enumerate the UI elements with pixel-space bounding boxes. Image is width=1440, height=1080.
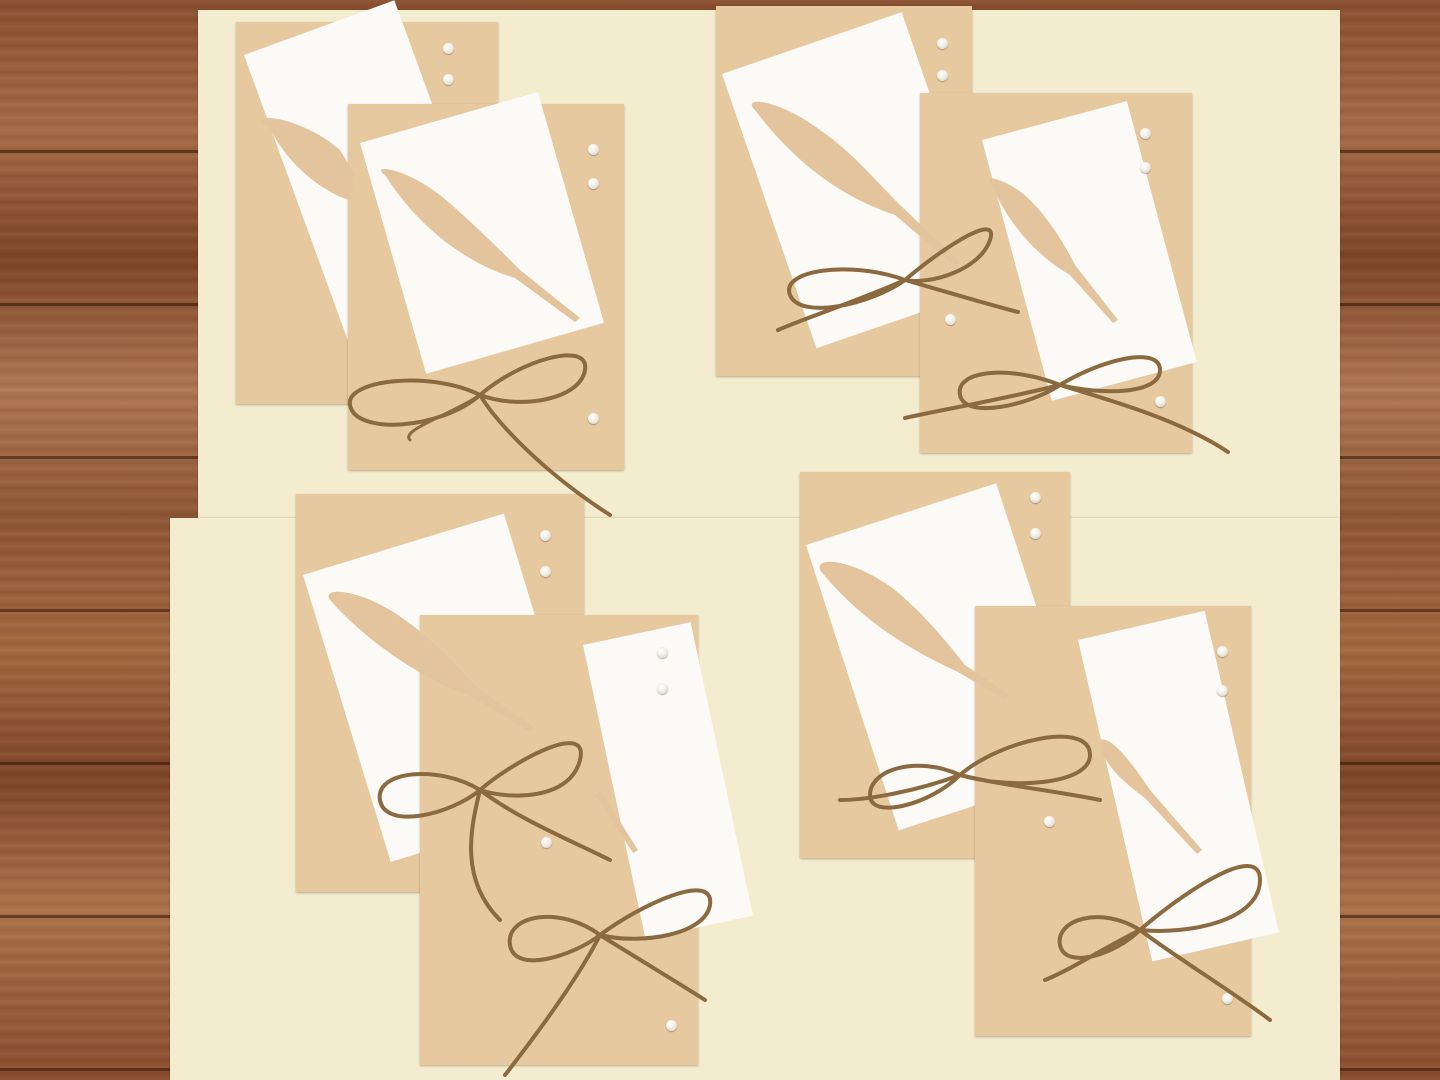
pearl-embellishment	[1217, 646, 1228, 657]
pearl-embellishment	[657, 647, 668, 658]
pearl-embellishment	[541, 837, 552, 848]
pearl-embellishment	[1222, 993, 1233, 1004]
pearl-embellishment	[666, 1020, 677, 1031]
pearl-embellishment	[1140, 128, 1151, 139]
pearl-embellishment	[945, 314, 956, 325]
pearl-embellishment	[540, 566, 551, 577]
pearl-embellishment	[588, 178, 599, 189]
pearl-embellishment	[1155, 396, 1166, 407]
pearl-embellishment	[937, 38, 948, 49]
pearl-embellishment	[1140, 162, 1151, 173]
pearl-embellishment	[1030, 492, 1041, 503]
pearl-embellishment	[443, 43, 454, 54]
pearl-embellishment	[1044, 816, 1055, 827]
photo-scene	[0, 0, 1440, 1080]
pearl-embellishment	[588, 144, 599, 155]
pearl-embellishment	[1030, 528, 1041, 539]
pearl-embellishment	[1217, 685, 1228, 696]
pearl-embellishment	[588, 413, 599, 424]
pearl-embellishment	[540, 530, 551, 541]
pearl-embellishment	[937, 70, 948, 81]
pearl-embellishment	[657, 683, 668, 694]
pearl-embellishment	[443, 74, 454, 85]
